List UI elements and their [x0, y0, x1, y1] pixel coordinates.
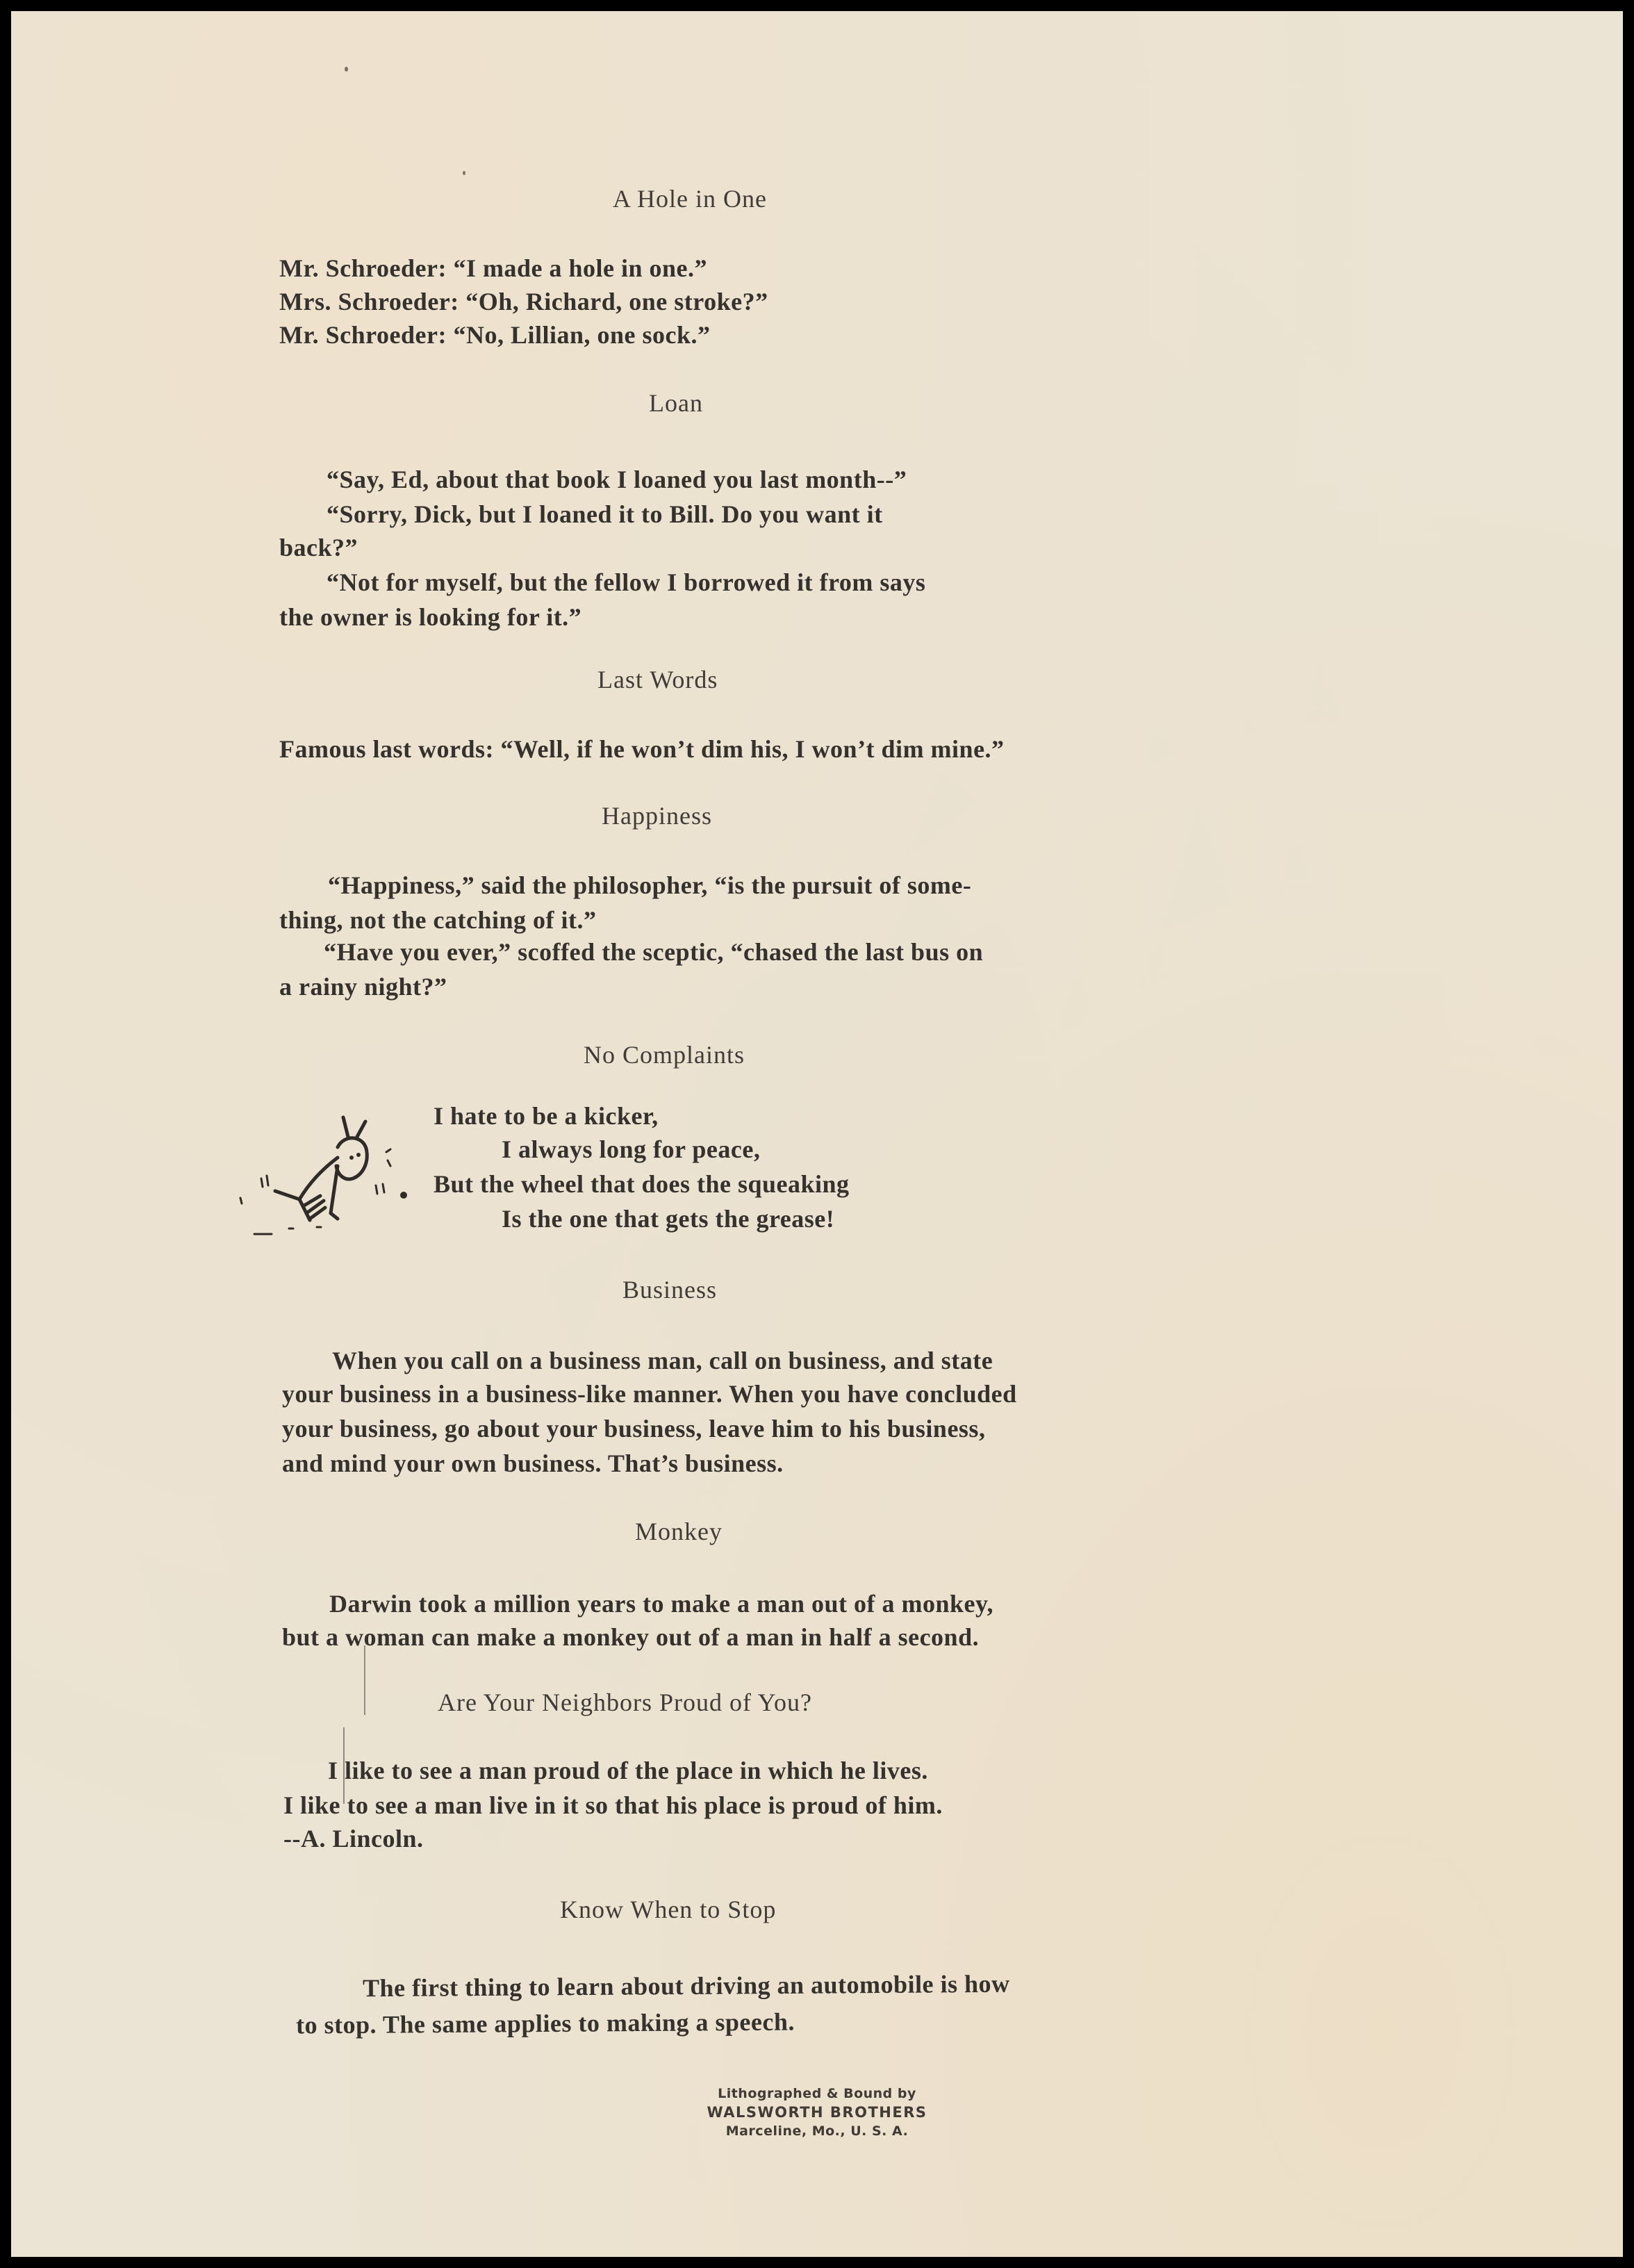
body-line: Famous last words: “Well, if he won’t di…	[279, 734, 1005, 764]
imprint-line: Lithographed & Bound by	[11, 2086, 1623, 2101]
scanned-page: A Hole in One Mr. Schroeder: “I made a h…	[11, 11, 1623, 2257]
body-line: “Sorry, Dick, but I loaned it to Bill. D…	[327, 499, 883, 529]
body-line: Darwin took a million years to make a ma…	[329, 1588, 993, 1619]
body-line: When you call on a business man, call on…	[332, 1345, 993, 1376]
body-line: your business in a business-like manner.…	[282, 1379, 1017, 1409]
body-line: “Happiness,” said the philosopher, “is t…	[328, 870, 971, 901]
verse-line: I hate to be a kicker,	[434, 1101, 659, 1131]
section-title-know-when-to-stop: Know When to Stop	[560, 1894, 776, 1925]
body-line: to stop. The same applies to making a sp…	[296, 2006, 795, 2040]
body-line: I like to see a man proud of the place i…	[328, 1755, 928, 1786]
body-line: back?”	[279, 532, 358, 563]
kicking-figure-sketch	[233, 1109, 414, 1248]
verse-line: Is the one that gets the grease!	[502, 1203, 834, 1234]
body-line: the owner is looking for it.”	[279, 602, 581, 632]
dialogue-line: Mr. Schroeder: “I made a hole in one.”	[279, 253, 707, 283]
imprint-location: Marceline, Mo., U. S. A.	[11, 2123, 1623, 2139]
paper-speck	[463, 171, 465, 175]
body-line: “Have you ever,” scoffed the sceptic, “c…	[324, 937, 983, 967]
section-title-no-complaints: No Complaints	[584, 1039, 745, 1070]
body-line: thing, not the catching of it.”	[279, 905, 597, 935]
body-line: but a woman can make a monkey out of a m…	[282, 1622, 979, 1652]
section-title-neighbors: Are Your Neighbors Proud of You?	[438, 1687, 812, 1718]
verse-line: But the wheel that does the squeaking	[434, 1169, 850, 1199]
body-line: your business, go about your business, l…	[282, 1413, 985, 1444]
dialogue-line: Mrs. Schroeder: “Oh, Richard, one stroke…	[279, 286, 768, 317]
body-line: a rainy night?”	[279, 971, 447, 1002]
body-line: “Not for myself, but the fellow I borrow…	[327, 567, 925, 598]
section-title-last-words: Last Words	[597, 664, 718, 695]
section-title-loan: Loan	[649, 388, 703, 418]
body-line: and mind your own business. That’s busin…	[282, 1448, 784, 1479]
body-line: I like to see a man live in it so that h…	[283, 1790, 943, 1821]
section-title-monkey: Monkey	[635, 1516, 723, 1547]
section-title-happiness: Happiness	[602, 800, 712, 831]
section-title-hole-in-one: A Hole in One	[613, 183, 767, 214]
paper-speck	[345, 67, 348, 72]
section-title-business: Business	[622, 1274, 717, 1305]
body-line: The first thing to learn about driving a…	[363, 1969, 1010, 2004]
imprint-publisher: WALSWORTH BROTHERS	[11, 2104, 1623, 2121]
pencil-mark	[364, 1645, 365, 1715]
attribution: --A. Lincoln.	[283, 1823, 424, 1854]
dialogue-line: Mr. Schroeder: “No, Lillian, one sock.”	[279, 320, 711, 350]
body-line: “Say, Ed, about that book I loaned you l…	[327, 464, 907, 495]
verse-line: I always long for peace,	[502, 1134, 760, 1165]
